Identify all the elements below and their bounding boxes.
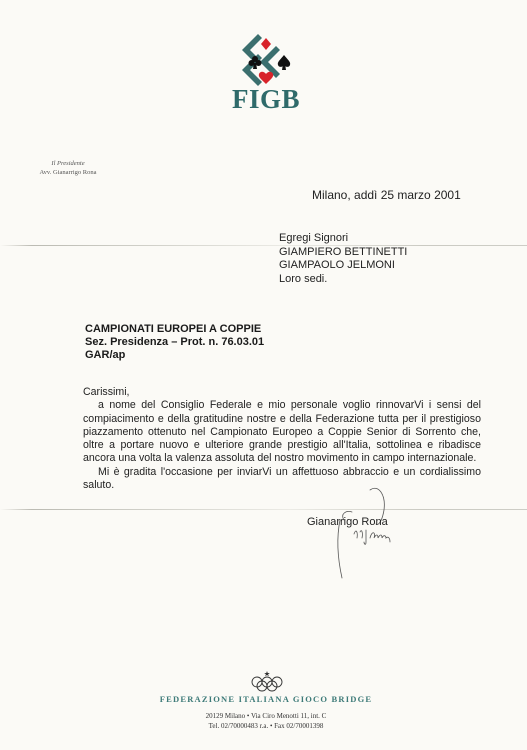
sender-role: Il Presidente [18,159,118,168]
footer-organization: FEDERAZIONE ITALIANA GIOCO BRIDGE [150,694,382,704]
recipient-name: GIAMPIERO BETTINETTI [279,246,407,260]
paper-fold-line [0,509,527,510]
body-paragraph: a nome del Consiglio Federale e mio pers… [83,399,481,465]
subject-title: CAMPIONATI EUROPEI A COPPIE [85,323,264,336]
subject-reference: GAR/ap [85,349,264,362]
recipient-greeting: Egregi Signori [279,232,407,246]
letter-body: Carissimi, a nome del Consiglio Federale… [83,386,481,492]
recipient-name: GIAMPAOLO JELMONI [279,259,407,273]
footer-address: 20129 Milano • Via Ciro Menotti 11, int.… [150,711,382,721]
paper-fold-line [0,245,527,246]
signatory-name: Gianarrigo Rona [307,516,388,528]
footer-address-block: 20129 Milano • Via Ciro Menotti 11, int.… [150,711,382,731]
subject-protocol: Sez. Presidenza – Prot. n. 76.03.01 [85,336,264,349]
date-line: Milano, addì 25 marzo 2001 [312,188,461,202]
sender-name: Avv. Gianarrigo Rona [18,168,118,177]
sender-block: Il Presidente Avv. Gianarrigo Rona [18,159,118,177]
recipient-closing: Loro sedi. [279,273,407,287]
footer-contacts: Tel. 02/70000483 r.a. • Fax 02/70001398 [150,721,382,731]
subject-block: CAMPIONATI EUROPEI A COPPIE Sez. Preside… [85,323,264,362]
salutation: Carissimi, [83,386,481,399]
figb-logo-icon [236,32,296,90]
figb-logo-text: FIGB [214,84,318,115]
recipient-block: Egregi Signori GIAMPIERO BETTINETTI GIAM… [279,232,407,286]
handwritten-signature-icon [330,480,440,590]
olympic-rings-icon [250,670,284,692]
